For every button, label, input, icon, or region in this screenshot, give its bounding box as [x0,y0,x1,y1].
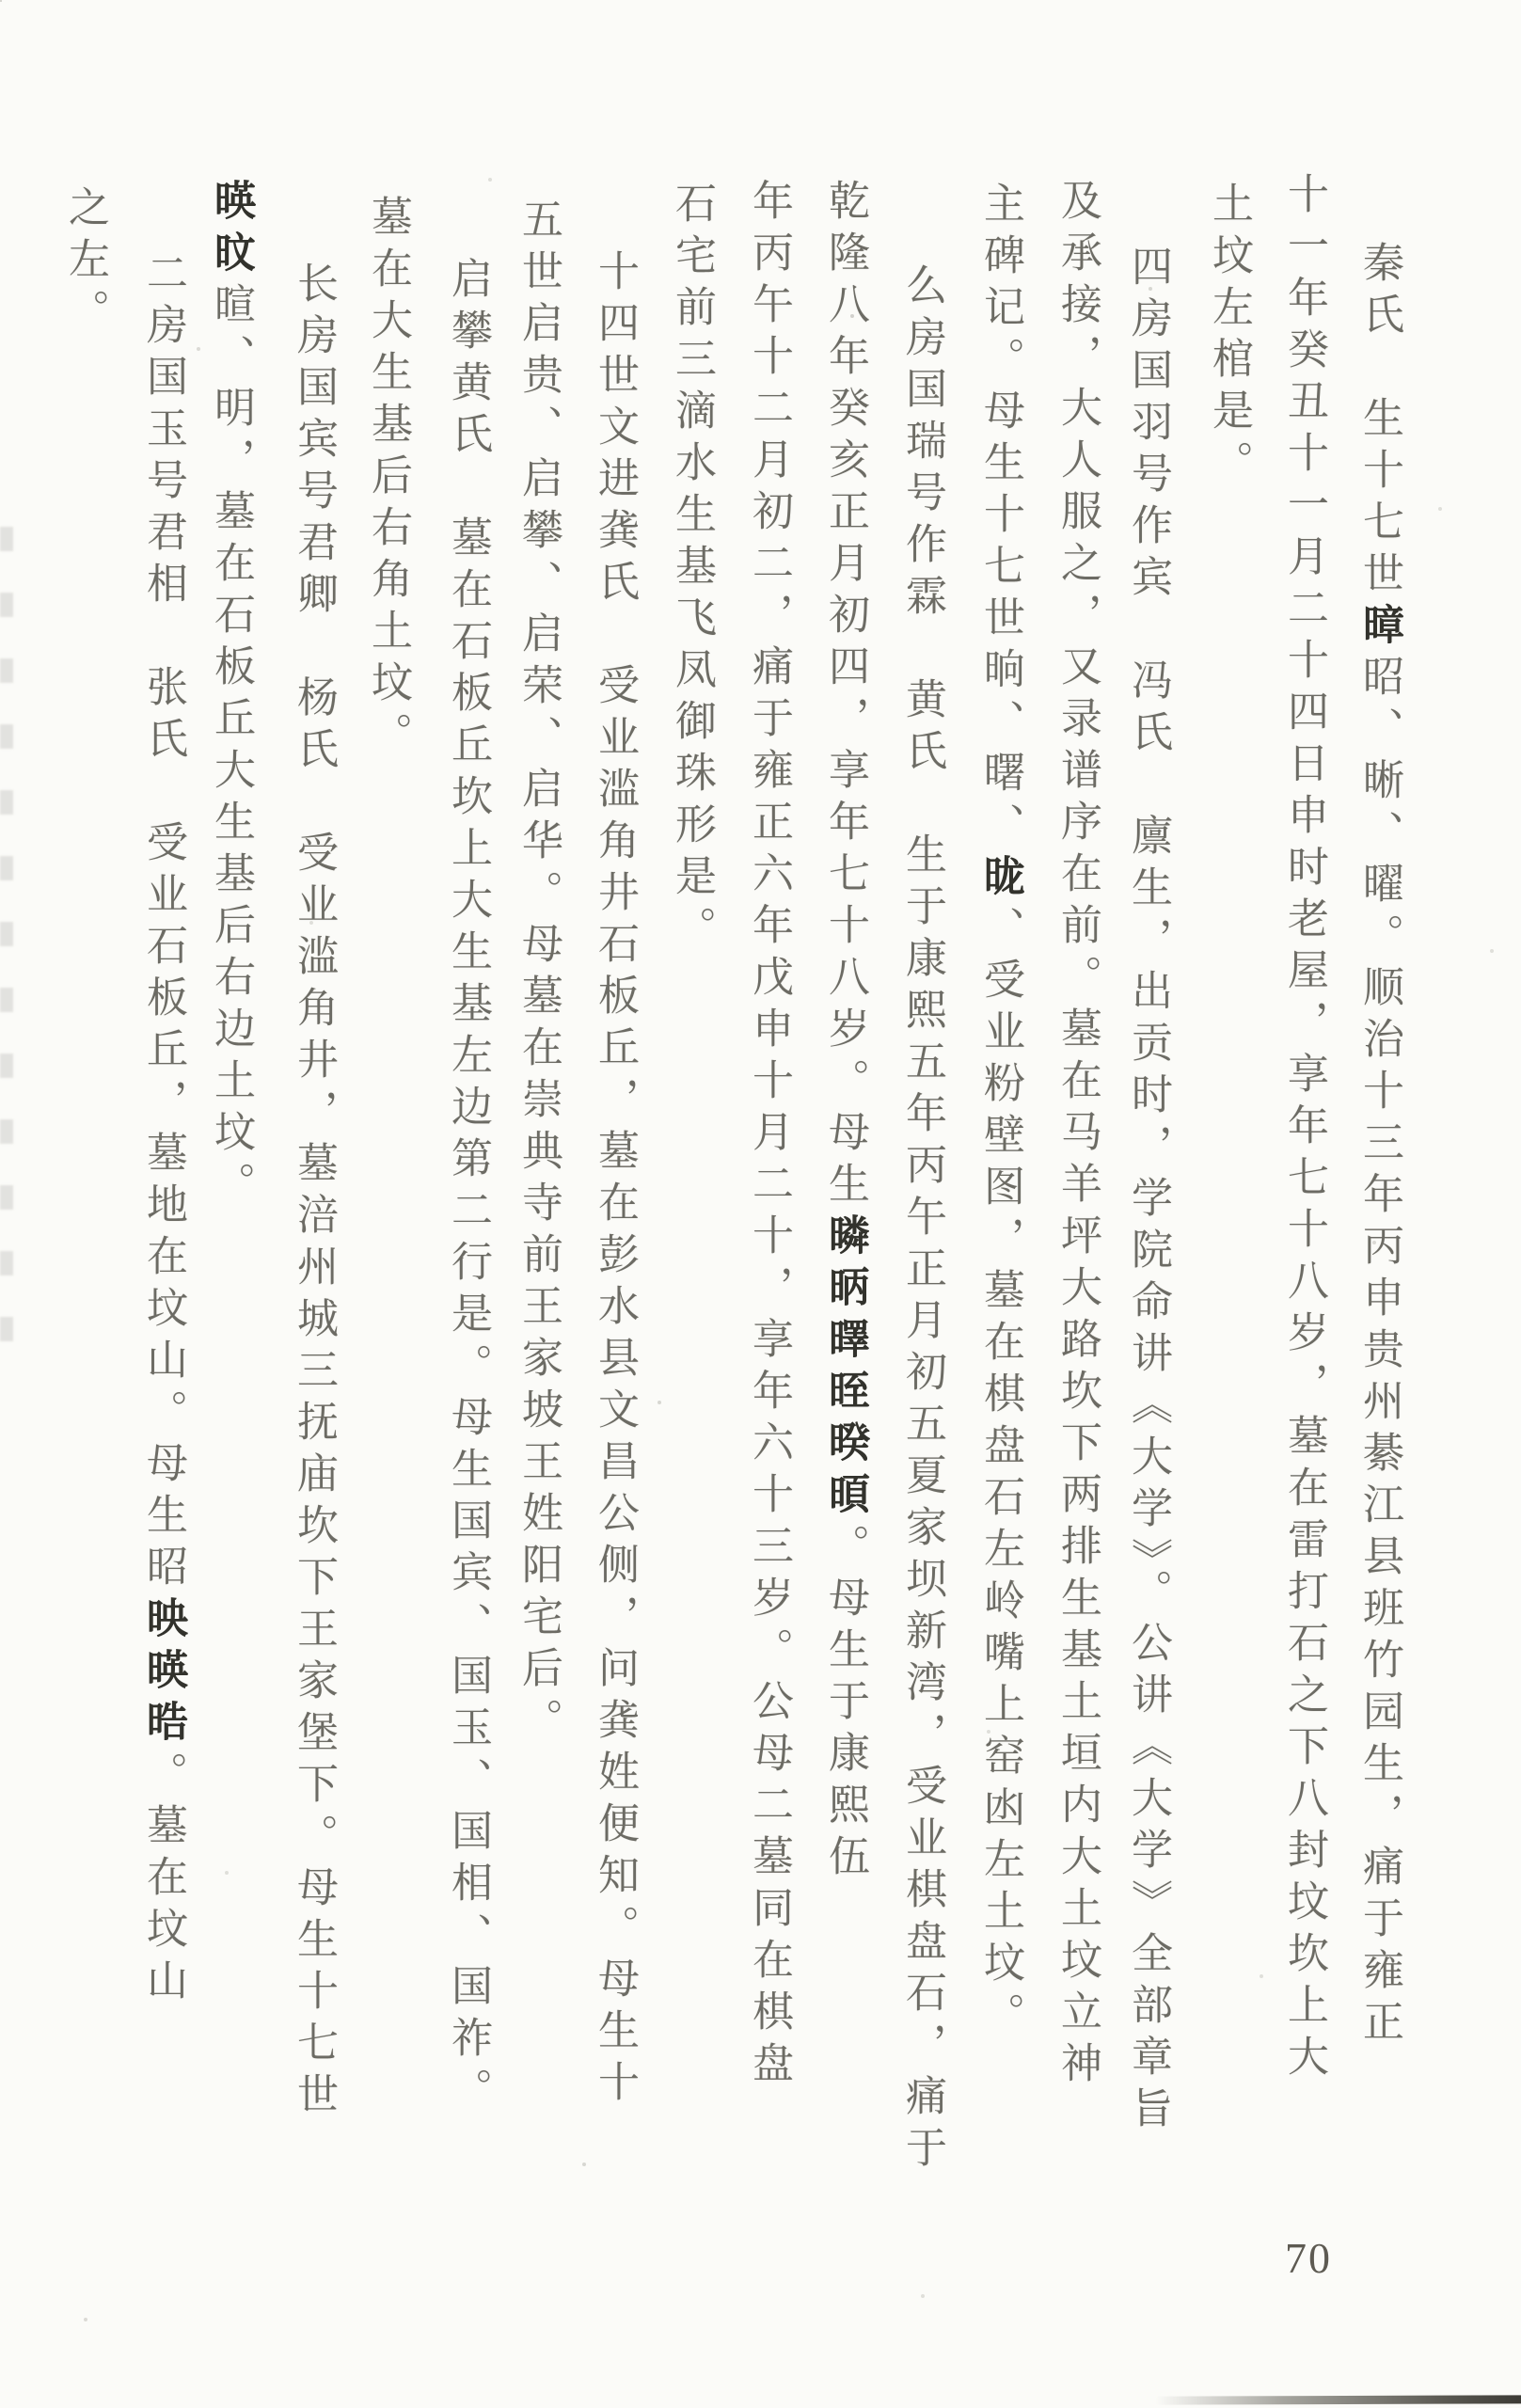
text-run: 四房国羽号作宾 [1125,245,1171,607]
bitmap-glyph: 暽昞曎晊暌暊 [821,1213,869,1524]
text-column-qin-shi-continuation: 秦氏 生十七世暲昭、晰、曜。顺治十三年丙申贵州綦江县班竹园生，痛于雍正 [1354,241,1404,2052]
text-column-erfang-guoyu: 之左。 [59,185,110,341]
paper-specks [0,0,2,2]
text-column-sifang-guoyu: 四房国羽号作宾 冯氏 廪生，出贡时，学院命讲《大学》。公讲《大学》全部章旨 [1122,245,1173,2138]
text-run: 、受业粉壁图，墓在棋盘石左岭嘴上窑凼左土坟。 [977,906,1023,2044]
text-column-yaofang-guorui: 乾隆八年癸亥正月初四，享年七十八岁。母生暽昞曎晊暌暊。母生于康熙伍 [819,179,870,1886]
text-run [899,626,945,677]
bitmap-glyph: 昽 [976,854,1024,906]
page-bleed-marks [0,527,13,1373]
text-run: 暄、明，墓在石板丘大生基后右边土坟。 [208,282,254,1213]
text-run [592,611,638,663]
text-run: 乾隆八年癸亥正月初四，享年七十八岁。母生 [822,179,868,1213]
text-run [291,624,337,675]
text-run: 墓在石板丘坎上大生基左边第二行是。母生国宾、国玉、国相、国祚。 [445,515,491,2119]
text-run: 之左。 [62,185,108,341]
text-run: 五世启贵、启攀、启荣、启华。母墓在崇典寺前王家坡王姓阳宅后。 [515,198,562,1750]
text-run: 主碑记。母生十七世晌、曙、 [977,182,1023,854]
text-column-yaofang-guorui: 石宅前三滴水生基飞凤御珠形是。 [666,182,717,958]
text-run [445,464,491,515]
text-run [1356,344,1402,396]
text-run: 杨氏 [291,675,337,779]
text-column-qin-shi-continuation: 土坟左棺是。 [1203,182,1254,492]
text-run: 及承接，大人服之，又录谱序在前。墓在马羊坪大路坎下两排生基土垣内大土坟立神 [1054,179,1101,2093]
text-run: 廪生，出贡时，学院命讲《大学》。公讲《大学》全部章旨 [1125,814,1171,2138]
text-run: 十一年癸丑十一月二十四日申时老屋，享年七十八岁，墓在雷打石之下八封坟坎上大 [1281,172,1327,2086]
text-run: 。母生于康熙伍 [822,1524,868,1886]
text-run: 土坟左棺是。 [1206,182,1252,492]
text-run [291,779,337,831]
text-column-qipan-huangshi: 墓在大生基后右角土坟。 [362,195,413,764]
text-run: 冯氏 [1125,658,1171,762]
text-column-erfang-guoyu: 二房国玉号君相 张氏 受业石板丘，墓地在坟山。母生昭映暎晧。墓在坟山 [137,251,188,2010]
text-column-yaofang-guorui: 年丙午十二月初二，痛于雍正六年戊申十月二十，享年六十三岁。公母二墓同在棋盘 [743,179,794,2093]
text-run [1125,762,1171,814]
text-run: 生于康熙五年丙午正月初五夏家坝新湾，受业棋盘石，痛于 [899,832,945,2178]
text-run [1125,607,1171,658]
text-run: 启攀黄氏 [445,257,491,464]
text-run: 长房国宾号君卿 [291,261,337,624]
text-run: 墓在大生基后右角土坟。 [365,195,411,764]
text-column-sifang-guoyu: 主碑记。母生十七世晌、曙、昽、受业粉壁图，墓在棋盘石左岭嘴上窑凼左土坟。 [974,182,1025,2044]
text-run: 张氏 [140,665,186,768]
text-column-qipan-huangshi: 启攀黄氏 墓在石板丘坎上大生基左边第二行是。母生国宾、国玉、国相、国祚。 [442,257,493,2119]
text-run: 。墓在坟山 [140,1751,186,2010]
ink-smudge [1155,2395,1521,2404]
text-column-qin-shi-continuation: 十一年癸丑十一月二十四日申时老屋，享年七十八岁，墓在雷打石之下八封坟坎上大 [1278,172,1329,2086]
text-run: 秦氏 [1356,241,1402,344]
page-number: 70 [1285,2233,1332,2283]
text-column-zhangfang-guobin: 暎旼暄、明，墓在石板丘大生基后右边土坟。 [205,179,256,1213]
bitmap-glyph: 映暎晧 [139,1596,187,1751]
text-run: 十四世文进龚氏 [592,249,638,611]
text-run: 生十七世 [1356,396,1402,603]
text-run: 昭、晰、曜。顺治十三年丙申贵州綦江县班竹园生，痛于雍正 [1356,655,1402,2052]
text-run [140,768,186,820]
text-run: 石宅前三滴水生基飞凤御珠形是。 [669,182,715,958]
text-run: 年丙午十二月初二，痛于雍正六年戊申十月二十，享年六十三岁。公母二墓同在棋盘 [746,179,792,2093]
text-run: 受业滥角井石板丘，墓在彭水县文昌公侧，问龚姓便知。母生十 [592,663,638,2112]
text-column-zhangfang-guobin: 长房国宾号君卿 杨氏 受业滥角井，墓涪州城三抚庙坎下王家堡下。母生十七世 [288,261,339,2124]
bitmap-glyph: 暎旼 [207,179,255,282]
text-run: 二房国玉号君相 [140,251,186,613]
text-column-shisishi-wenjin: 五世启贵、启攀、启荣、启华。母墓在崇典寺前王家坡王姓阳宅后。 [513,198,563,1750]
text-run: 么房国瑞号作霖 [899,263,945,626]
bitmap-glyph: 暲 [1355,603,1403,655]
text-run [899,781,945,832]
text-run [140,613,186,665]
text-column-yaofang-guorui: 么房国瑞号作霖 黄氏 生于康熙五年丙午正月初五夏家坝新湾，受业棋盘石，痛于 [896,263,947,2178]
text-column-sifang-guoyu: 及承接，大人服之，又录谱序在前。墓在马羊坪大路坎下两排生基土垣内大土坟立神 [1052,179,1102,2093]
text-run: 黄氏 [899,677,945,781]
text-run: 受业滥角井，墓涪州城三抚庙坎下王家堡下。母生十七世 [291,831,337,2124]
scanned-page: 秦氏 生十七世暲昭、晰、曜。顺治十三年丙申贵州綦江县班竹园生，痛于雍正十一年癸丑… [0,0,1521,2408]
text-column-shisishi-wenjin: 十四世文进龚氏 受业滥角井石板丘，墓在彭水县文昌公侧，问龚姓便知。母生十 [589,249,640,2112]
text-run: 受业石板丘，墓地在坟山。母生昭 [140,820,186,1596]
